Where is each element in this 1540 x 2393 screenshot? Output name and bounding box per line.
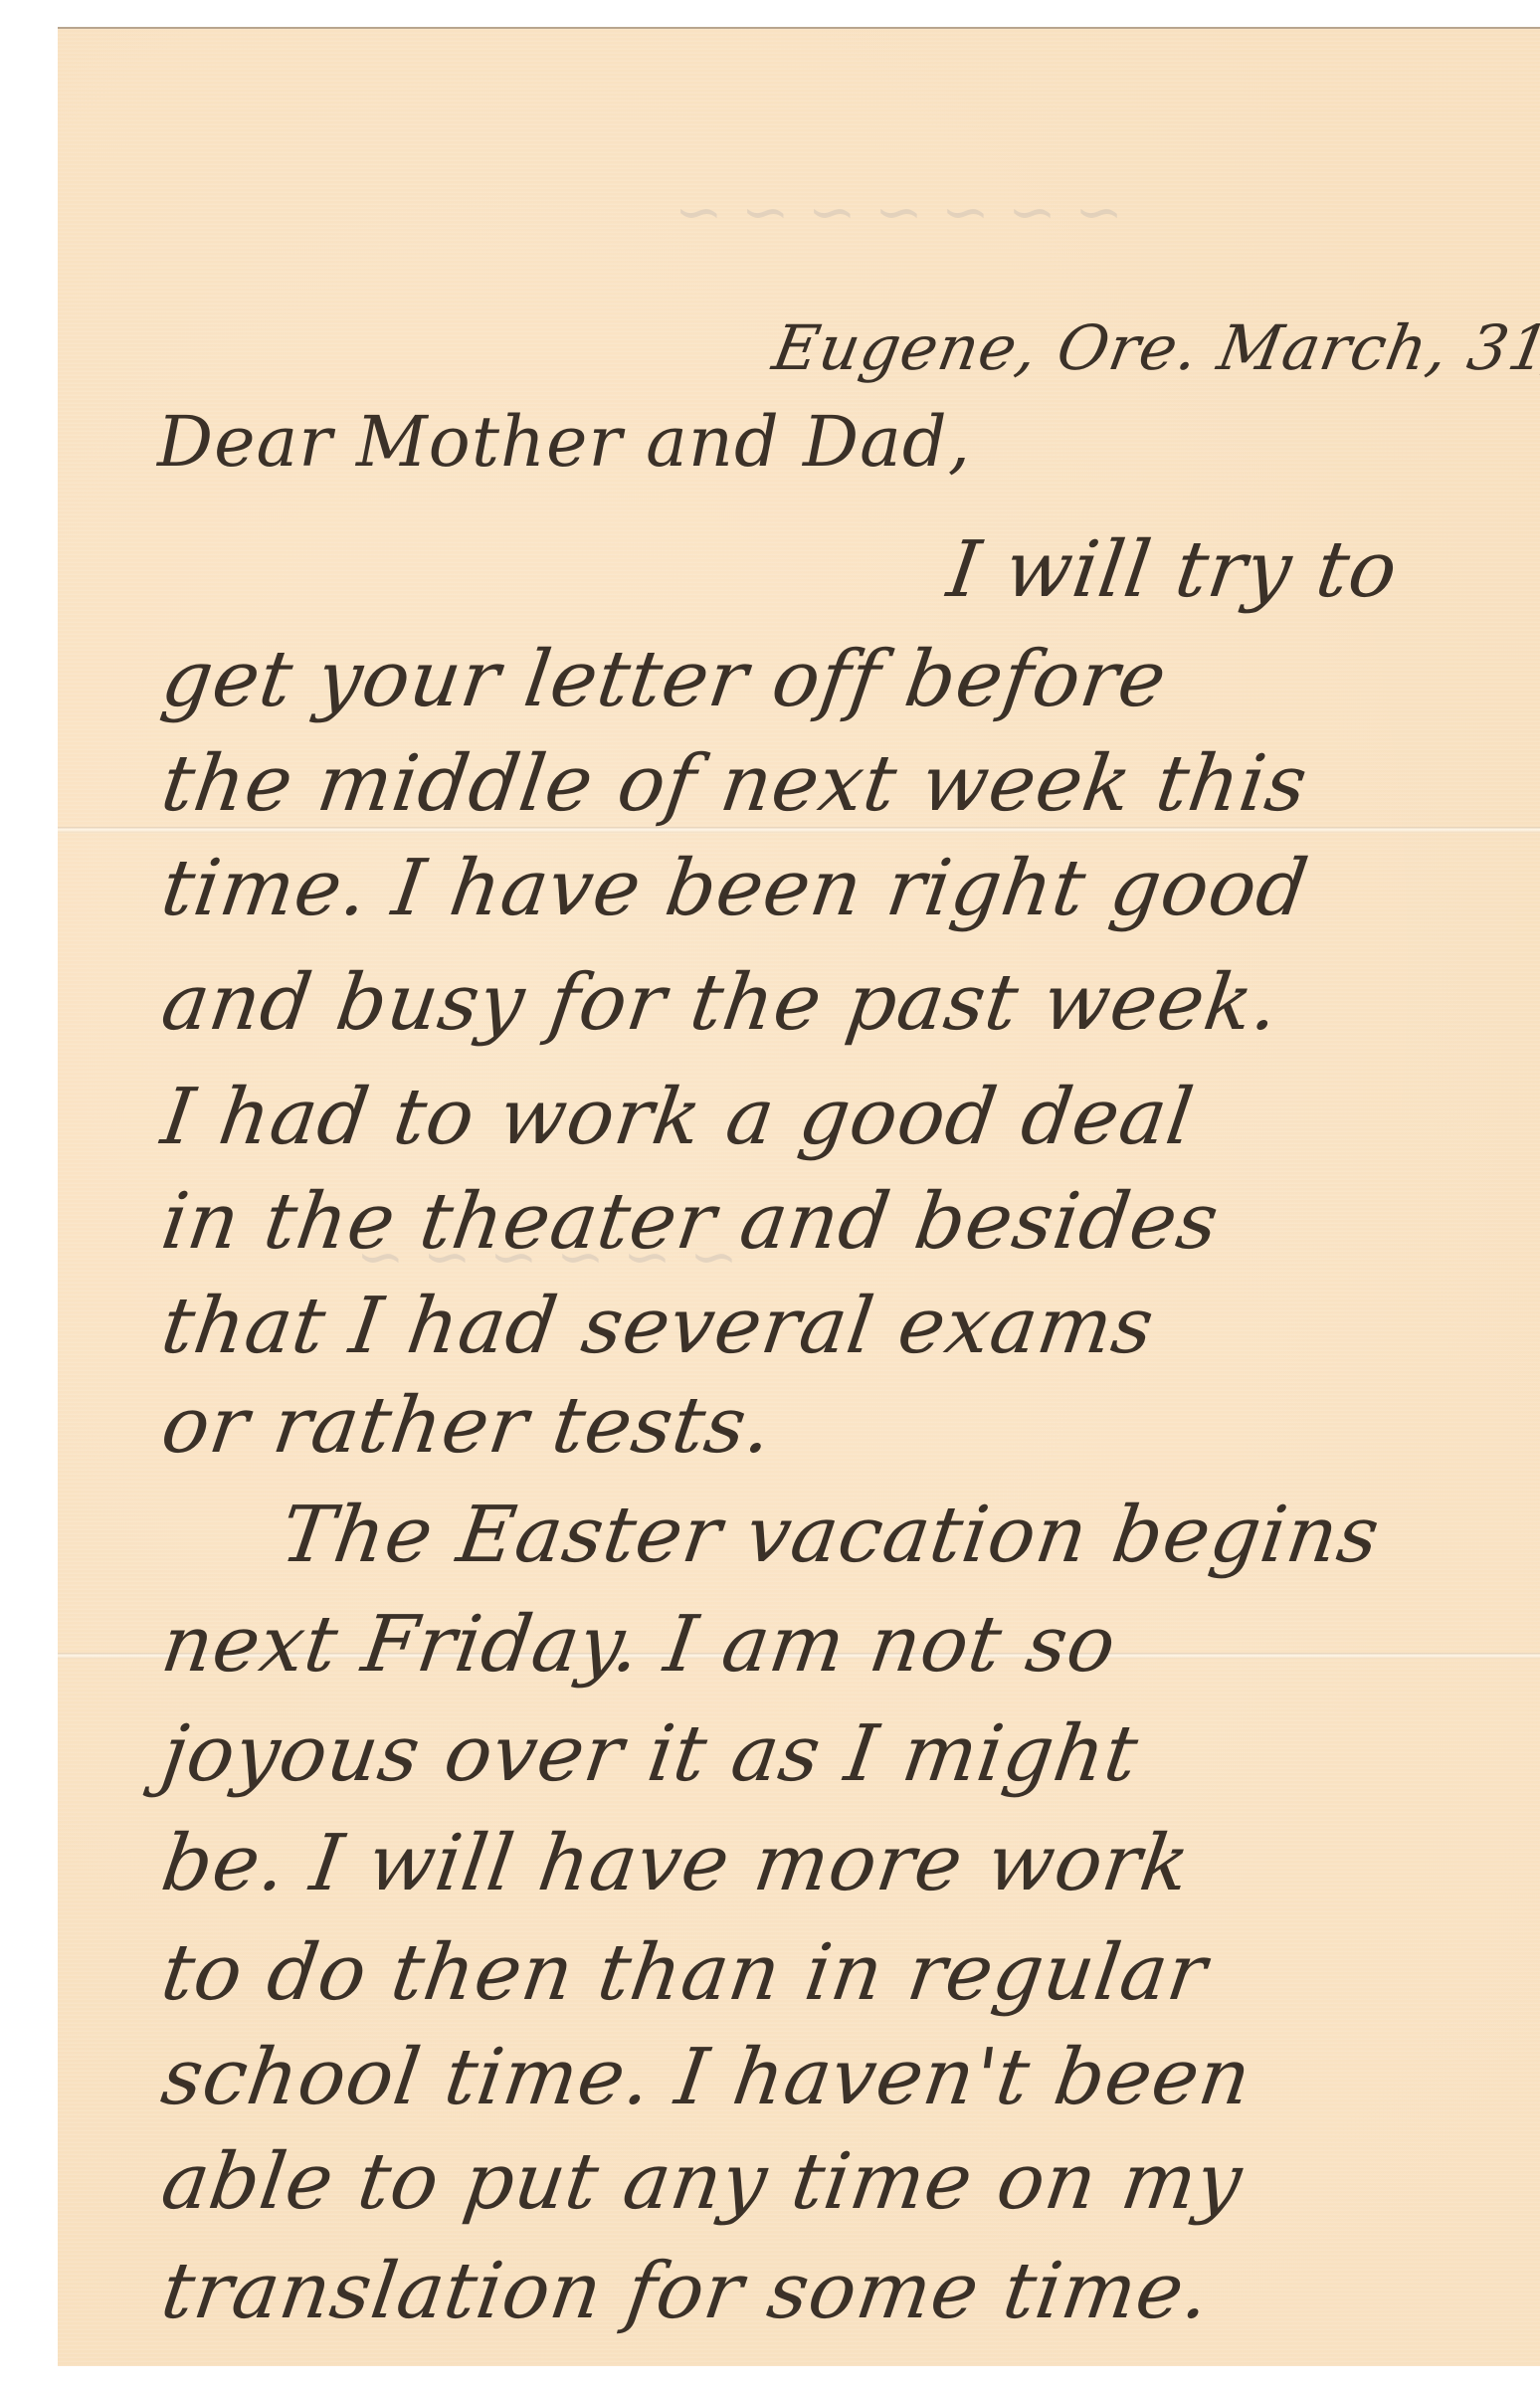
letter-line: time. I have been right good xyxy=(157,850,1313,927)
letter-line: translation for some time. xyxy=(157,2253,1215,2330)
letter-page: ~ ~ ~ ~ ~ ~ ~ ~ ~ ~ ~ ~ ~ Eugene, Ore. M… xyxy=(58,27,1540,2366)
letter-line: that I had several exams xyxy=(157,1288,1159,1365)
letter-line: get your letter off before xyxy=(157,641,1171,718)
letter-heading: Eugene, Ore. March, 31/1 xyxy=(769,317,1540,379)
letter-line: be. I will have more work xyxy=(157,1825,1195,1902)
letter-line: in the theater and besides xyxy=(157,1183,1224,1261)
letter-line: The Easter vacation begins xyxy=(277,1496,1385,1574)
letter-line: I had to work a good deal xyxy=(157,1079,1199,1156)
letter-salutation: Dear Mother and Dad, xyxy=(157,407,971,477)
letter-line: and busy for the past week. xyxy=(157,964,1284,1042)
letter-line: joyous over it as I might xyxy=(157,1715,1143,1793)
letter-line: the middle of next week this xyxy=(157,745,1312,823)
letter-line: school time. I haven't been xyxy=(157,2039,1255,2116)
letter-line: able to put any time on my xyxy=(157,2143,1248,2221)
letter-line: next Friday. I am not so xyxy=(157,1606,1121,1684)
letter-line: to do then than in regular xyxy=(157,1934,1212,2012)
bleed-through-text: ~ ~ ~ ~ ~ ~ ~ xyxy=(674,178,1123,246)
letter-line: I will try to xyxy=(943,531,1403,609)
letter-line: or rather tests. xyxy=(157,1387,777,1465)
